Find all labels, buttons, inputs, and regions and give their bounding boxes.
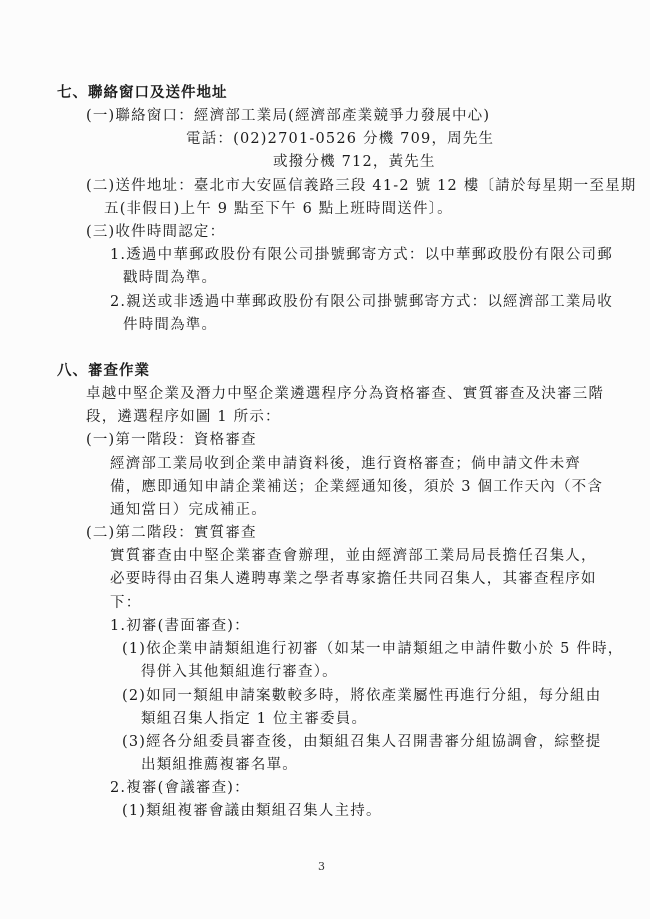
contact-alt-phone-line: 或撥分機 712，黃先生 <box>273 152 436 172</box>
receipt-rule-1-line-1: 1.透過中華郵政股份有限公司掛號郵寄方式：以中華郵政股份有限公司郵 <box>110 245 613 265</box>
stage-1-line-1: 經濟部工業局收到企業申請資料後，進行資格審查；倘申請文件未齊 <box>110 454 581 474</box>
receipt-time-heading: (三)收件時間認定： <box>86 222 225 242</box>
receipt-rule-1-line-2: 戳時間為準。 <box>123 268 217 288</box>
initial-review-point-1-line-2: 得併入其他類組進行審查）。 <box>141 662 338 682</box>
initial-review-point-3-line-1: (3)經各分組委員審查後，由類組召集人召開書審分組協調會，綜整提 <box>122 732 601 752</box>
stage-2-title: (二)第二階段：實質審查 <box>86 523 257 543</box>
initial-review-point-1-line-1: (1)依企業申請類組進行初審（如某一申請類組之申請件數小於 5 件時， <box>122 639 623 659</box>
page-number: 3 <box>318 860 325 873</box>
receipt-rule-2-line-1: 2.親送或非透過中華郵政股份有限公司掛號郵寄方式：以經濟部工業局收 <box>110 292 613 312</box>
delivery-address-line-1: (二)送件地址：臺北市大安區信義路三段 41-2 號 12 樓〔請於每星期一至星… <box>86 176 636 196</box>
contact-phone-line: 電話：(02)2701-0526 分機 709，周先生 <box>186 129 494 149</box>
stage-2-line-1: 實質審查由中堅企業審查會辦理，並由經濟部工業局局長擔任召集人， <box>110 546 597 566</box>
receipt-rule-2-line-2: 件時間為準。 <box>123 315 217 335</box>
initial-review-point-2-line-2: 類組召集人指定 1 位主審委員。 <box>141 709 367 729</box>
delivery-address-line-2: 五(非假日)上午 9 點至下午 6 點上班時間送件〕。 <box>104 199 453 219</box>
stage-1-line-3: 通知當日）完成補正。 <box>110 500 267 520</box>
document-page: 七、聯絡窗口及送件地址 (一)聯絡窗口：經濟部工業局(經濟部產業競爭力發展中心)… <box>0 0 650 919</box>
section-8-heading: 八、審查作業 <box>57 361 150 381</box>
review-intro-line-2: 段，遴選程序如圖 1 所示： <box>86 407 281 427</box>
stage-2-line-3: 下： <box>110 593 141 613</box>
contact-window-line: (一)聯絡窗口：經濟部工業局(經濟部產業競爭力發展中心) <box>86 106 490 126</box>
second-review-title: 2.複審(會議審查)： <box>110 778 250 798</box>
initial-review-point-3-line-2: 出類組推薦複審名單。 <box>141 755 298 775</box>
stage-2-line-2: 必要時得由召集人遴聘專業之學者專家擔任共同召集人，其審查程序如 <box>110 569 597 589</box>
initial-review-title: 1.初審(書面審查)： <box>110 616 250 636</box>
initial-review-point-2-line-1: (2)如同一類組申請案數較多時，將依產業屬性再進行分組，每分組由 <box>122 686 601 706</box>
second-review-point-1: (1)類組複審會議由類組召集人主持。 <box>122 801 382 821</box>
stage-1-title: (一)第一階段：資格審查 <box>86 430 257 450</box>
stage-1-line-2: 備，應即通知申請企業補送；企業經通知後，須於 3 個工作天內（不含 <box>110 477 603 497</box>
review-intro-line-1: 卓越中堅企業及潛力中堅企業遴選程序分為資格審查、實質審查及決審三階 <box>86 384 604 404</box>
section-7-heading: 七、聯絡窗口及送件地址 <box>57 83 228 103</box>
